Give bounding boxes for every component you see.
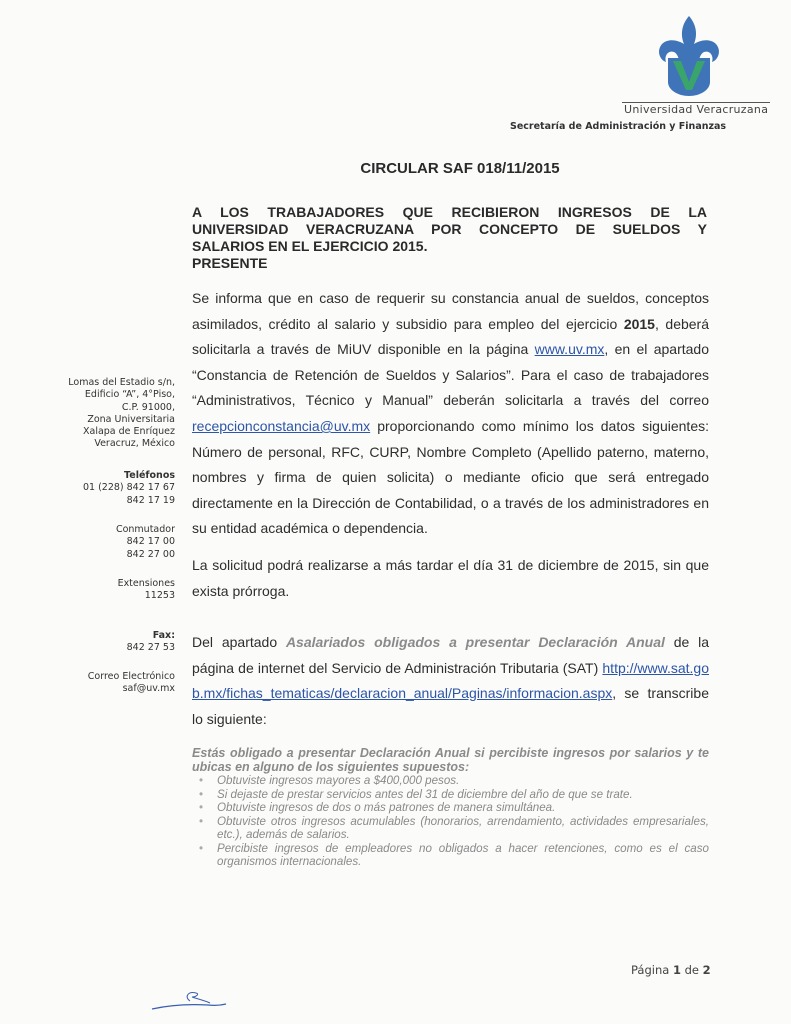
sat-quote: Estás obligado a presentar Declaración A… bbox=[192, 746, 709, 869]
page-of: de bbox=[685, 963, 699, 977]
sidebar-extensiones: Extensiones 11253 bbox=[118, 578, 175, 603]
bold-year: 2015 bbox=[624, 316, 655, 332]
university-name: Universidad Veracruzana bbox=[624, 103, 768, 116]
address-line: C.P. 91000, bbox=[68, 402, 175, 414]
sidebar-correo: Correo Electrónico saf@uv.mx bbox=[88, 671, 175, 696]
page-current: 1 bbox=[673, 963, 681, 977]
quote-item: Obtuviste ingresos de dos o más patrones… bbox=[217, 801, 709, 815]
address-line: Edificio “A”, 4°Piso, bbox=[68, 389, 175, 401]
link-uv-mx[interactable]: www.uv.mx bbox=[535, 341, 605, 357]
text-segment: Del apartado bbox=[192, 634, 286, 650]
sidebar-address: Lomas del Estadio s/n, Edificio “A”, 4°P… bbox=[68, 377, 175, 451]
paragraph-sat: Del apartado Asalariados obligados a pre… bbox=[192, 630, 709, 732]
address-line: Xalapa de Enríquez bbox=[68, 426, 175, 438]
email-address: saf@uv.mx bbox=[88, 683, 175, 695]
addressee-line: SALARIOS EN EL EJERCICIO 2015. bbox=[192, 238, 707, 255]
extension-number: 11253 bbox=[118, 590, 175, 602]
addressee-block: A LOS TRABAJADORES QUE RECIBIERON INGRES… bbox=[192, 204, 707, 272]
addressee-presente: PRESENTE bbox=[192, 255, 707, 272]
quote-item: Obtuviste otros ingresos acumulables (ho… bbox=[217, 815, 709, 842]
conmutador-label: Conmutador bbox=[116, 524, 175, 536]
phone-number: 842 17 19 bbox=[83, 495, 175, 507]
quote-list: Obtuviste ingresos mayores a $400,000 pe… bbox=[192, 774, 709, 869]
signature-icon bbox=[150, 985, 230, 1015]
page-number: Página 1 de 2 bbox=[631, 963, 711, 977]
address-line: Zona Universitaria bbox=[68, 414, 175, 426]
sidebar-telefonos: Teléfonos 01 (228) 842 17 67 842 17 19 bbox=[83, 470, 175, 507]
sidebar-fax: Fax: 842 27 53 bbox=[127, 630, 175, 655]
extensiones-label: Extensiones bbox=[118, 578, 175, 590]
addressee-line: A LOS TRABAJADORES QUE RECIBIERON INGRES… bbox=[192, 204, 707, 221]
fax-number: 842 27 53 bbox=[127, 642, 175, 654]
paragraph-constancia: Se informa que en caso de requerir su co… bbox=[192, 286, 709, 542]
correo-label: Correo Electrónico bbox=[88, 671, 175, 683]
page-label: Página bbox=[631, 963, 669, 977]
paragraph-deadline: La solicitud podrá realizarse a más tard… bbox=[192, 553, 709, 604]
telefonos-label: Teléfonos bbox=[124, 470, 175, 481]
universidad-veracruzana-logo-icon bbox=[654, 14, 724, 98]
department-name: Secretaría de Administración y Finanzas bbox=[510, 121, 726, 132]
phone-number: 01 (228) 842 17 67 bbox=[83, 482, 175, 494]
quote-heading: Estás obligado a presentar Declaración A… bbox=[192, 746, 709, 774]
fax-label: Fax: bbox=[153, 630, 175, 641]
phone-number: 842 27 00 bbox=[116, 549, 175, 561]
address-line: Lomas del Estadio s/n, bbox=[68, 377, 175, 389]
page-total: 2 bbox=[703, 963, 711, 977]
address-line: Veracruz, México bbox=[68, 438, 175, 450]
sat-section-name: Asalariados obligados a presentar Declar… bbox=[286, 634, 665, 650]
circular-title: CIRCULAR SAF 018/11/2015 bbox=[180, 160, 740, 177]
quote-item: Si dejaste de prestar servicios antes de… bbox=[217, 788, 709, 802]
quote-item: Percibiste ingresos de empleadores no ob… bbox=[217, 842, 709, 869]
link-recepcion-email[interactable]: recepcionconstancia@uv.mx bbox=[192, 418, 370, 434]
text-segment: proporcionando como mínimo los datos sig… bbox=[192, 418, 709, 536]
quote-item: Obtuviste ingresos mayores a $400,000 pe… bbox=[217, 774, 709, 788]
sidebar-conmutador: Conmutador 842 17 00 842 27 00 bbox=[116, 524, 175, 561]
addressee-line: UNIVERSIDAD VERACRUZANA POR CONCEPTO DE … bbox=[192, 221, 707, 238]
phone-number: 842 17 00 bbox=[116, 536, 175, 548]
